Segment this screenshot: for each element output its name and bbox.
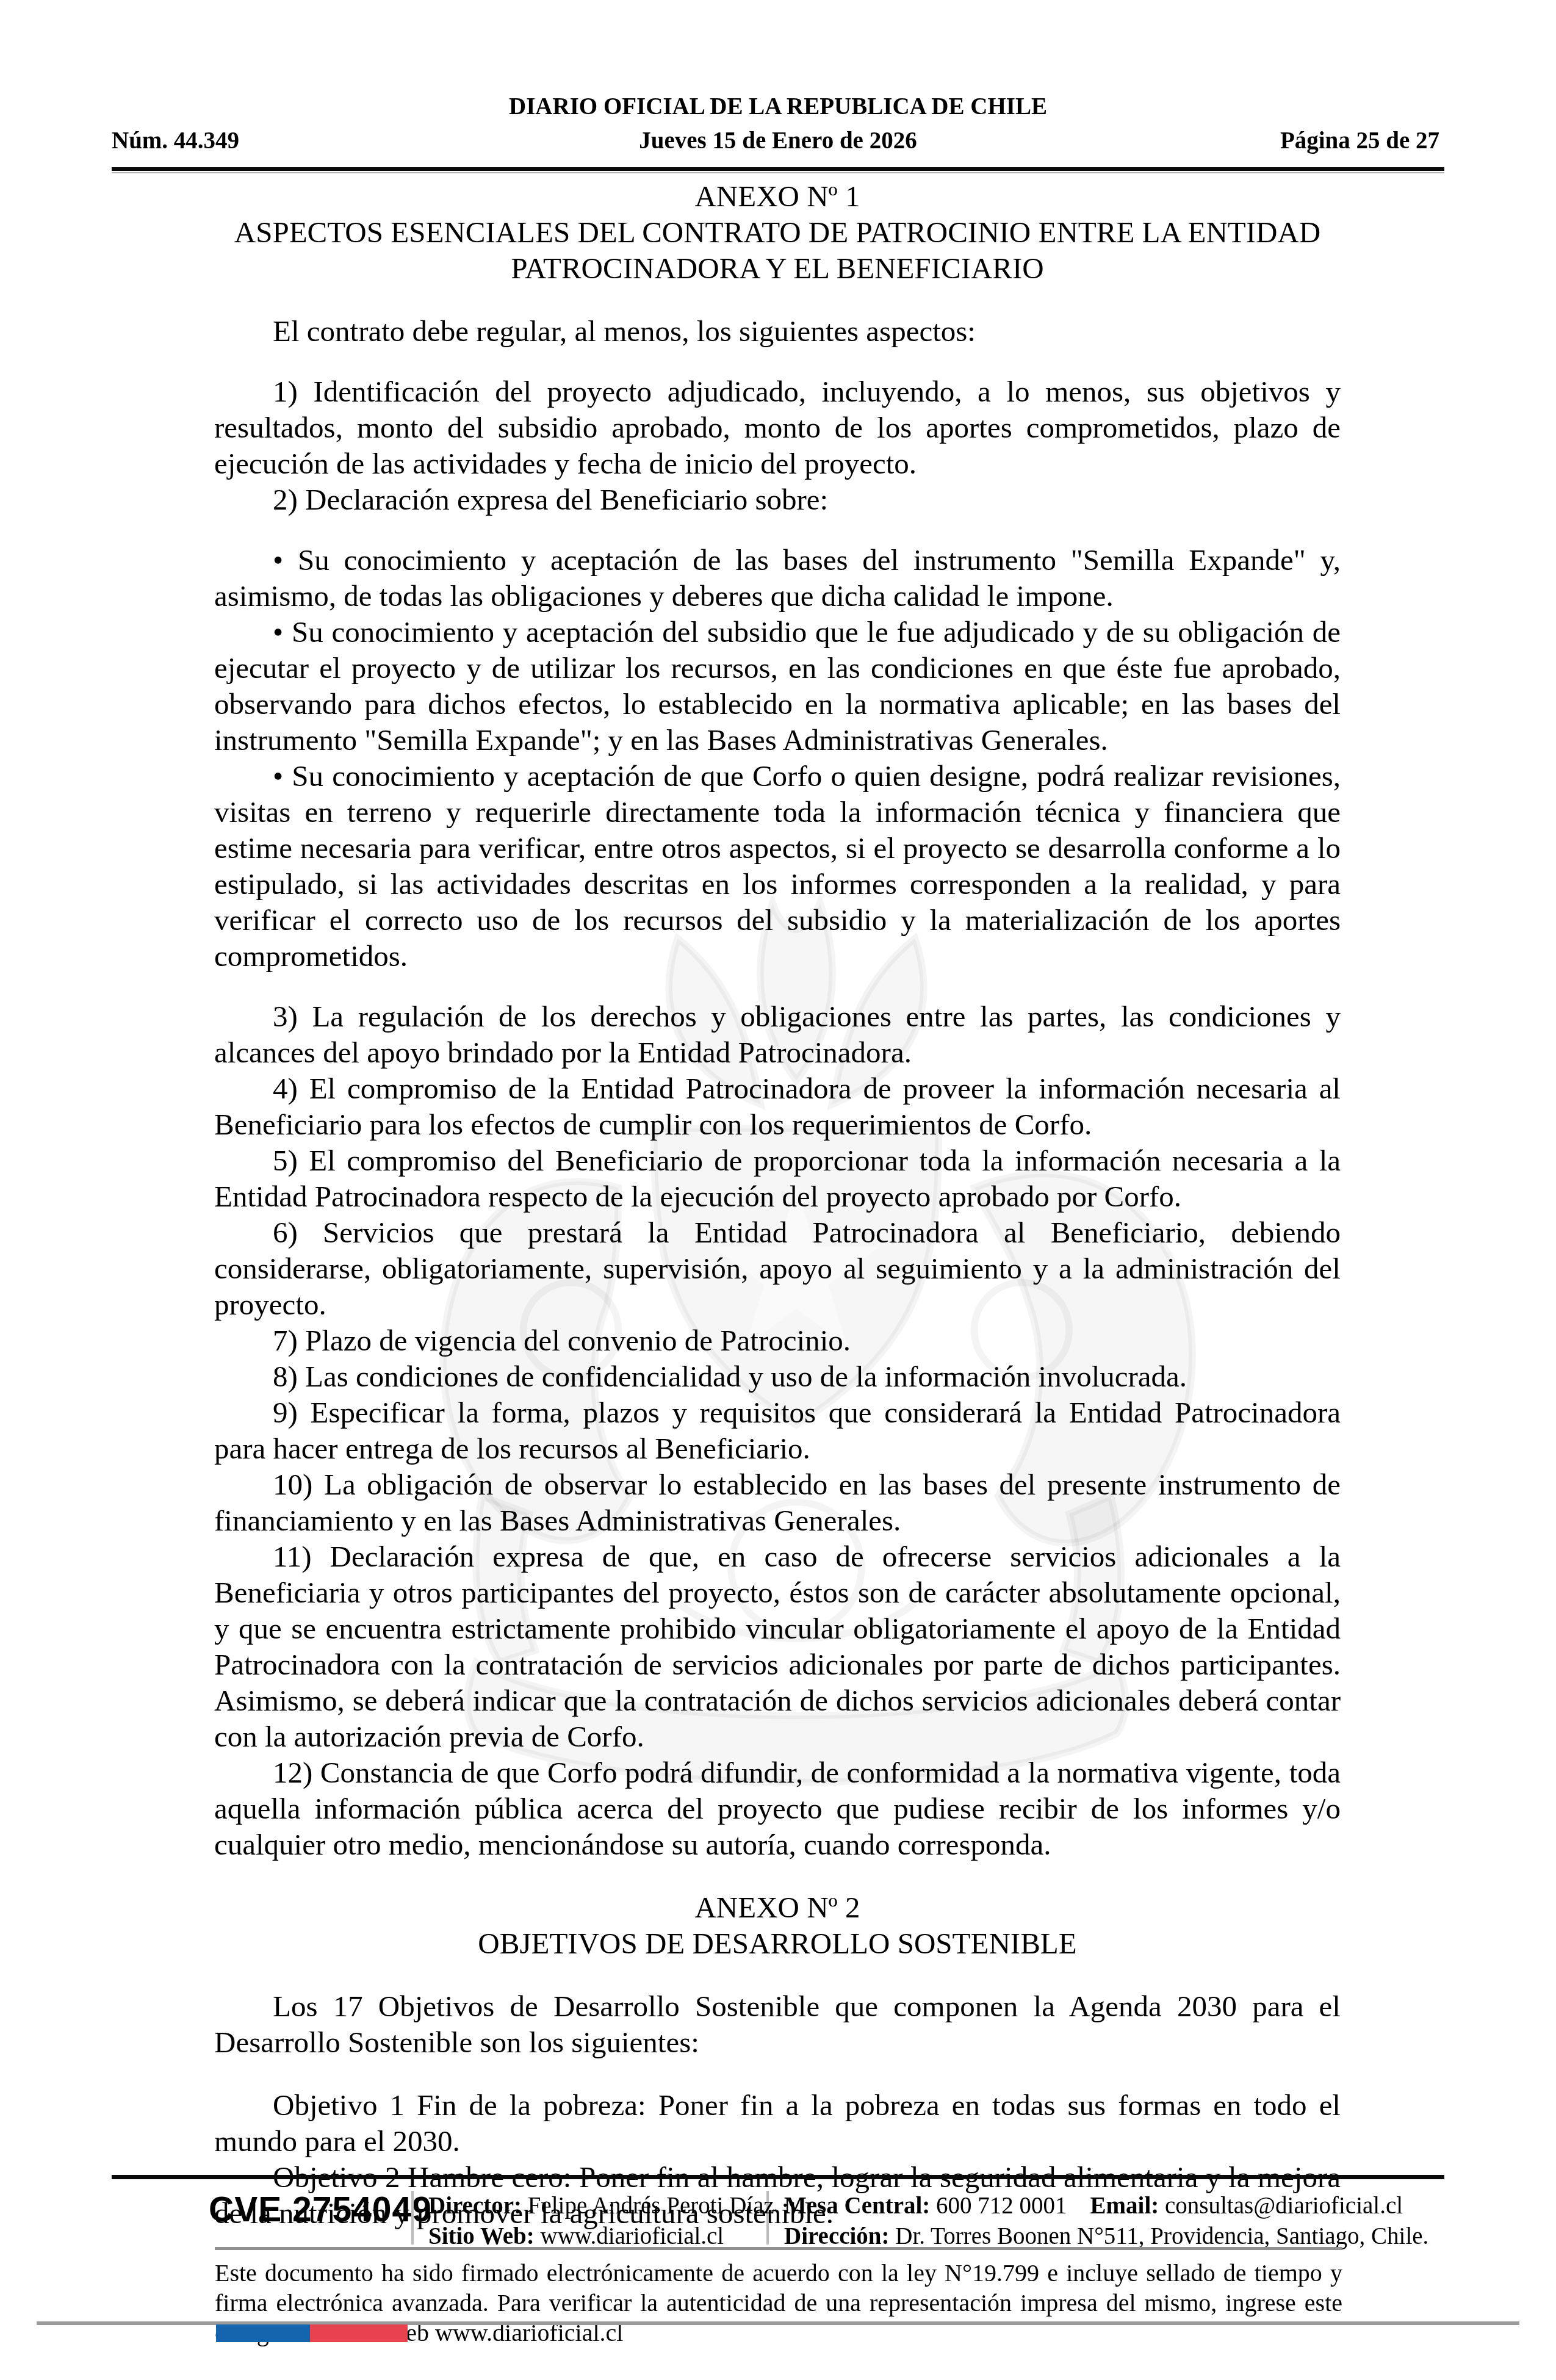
annex1-item-1: 1) Identificación del proyecto adjudicad… bbox=[214, 373, 1341, 481]
mesa-email-row: Mesa Central: 600 712 0001Email: consult… bbox=[784, 2191, 1428, 2221]
document-page: DIARIO OFICIAL DE LA REPUBLICA DE CHILE … bbox=[0, 0, 1556, 2380]
annex1-item-8: 8) Las condiciones de confidencialidad y… bbox=[214, 1358, 1341, 1394]
director-row: Director: Felipe Andrés Peroti Díaz bbox=[428, 2191, 774, 2221]
annex1-item-9: 9) Especificar la forma, plazos y requis… bbox=[214, 1394, 1341, 1466]
annex1-item-7: 7) Plazo de vigencia del convenio de Pat… bbox=[214, 1322, 1341, 1358]
header-rule-shadow bbox=[112, 172, 1444, 173]
annex1-item-6: 6) Servicios que prestará la Entidad Pat… bbox=[214, 1214, 1341, 1322]
annex1-item-3: 3) La regulación de los derechos y oblig… bbox=[214, 998, 1341, 1070]
email-label: Email: bbox=[1090, 2193, 1159, 2219]
page-indicator: Página 25 de 27 bbox=[1280, 127, 1439, 155]
footer-rule bbox=[112, 2175, 1444, 2179]
annex1-item-5: 5) El compromiso del Beneficiario de pro… bbox=[214, 1142, 1341, 1214]
annex2-subtitle: OBJETIVOS DE DESARROLLO SOSTENIBLE bbox=[214, 1925, 1341, 1961]
mesa-central-value: 600 712 0001 bbox=[936, 2193, 1067, 2219]
newspaper-masthead: DIARIO OFICIAL DE LA REPUBLICA DE CHILE bbox=[0, 93, 1556, 121]
direccion-label: Dirección: bbox=[784, 2223, 890, 2249]
sitio-web-value: www.diarioficial.cl bbox=[540, 2223, 724, 2249]
annex1-title: ANEXO Nº 1 bbox=[214, 178, 1341, 214]
footer-divider-1 bbox=[411, 2191, 414, 2245]
annex1-item-11: 11) Declaración expresa de que, en caso … bbox=[214, 1538, 1341, 1754]
annex1-item-2: 2) Declaración expresa del Beneficiario … bbox=[214, 481, 1341, 517]
annex2-objective-1: Objetivo 1 Fin de la pobreza: Poner fin … bbox=[214, 2087, 1341, 2159]
annex2-title: ANEXO Nº 2 bbox=[214, 1889, 1341, 1925]
annex1-bullet-2: • Su conocimiento y aceptación del subsi… bbox=[214, 614, 1341, 758]
annex2-intro: Los 17 Objetivos de Desarrollo Sostenibl… bbox=[214, 1988, 1341, 2060]
flag-red-segment bbox=[310, 2324, 408, 2342]
annex1-subtitle: ASPECTOS ESENCIALES DEL CONTRATO DE PATR… bbox=[231, 214, 1324, 286]
header-row: Núm. 44.349 Jueves 15 de Enero de 2026 P… bbox=[112, 127, 1444, 156]
header-rule bbox=[112, 167, 1444, 171]
document-body: ANEXO Nº 1 ASPECTOS ESENCIALES DEL CONTR… bbox=[214, 178, 1341, 2231]
annex1-intro: El contrato debe regular, al menos, los … bbox=[214, 313, 1341, 349]
mesa-central-label: Mesa Central: bbox=[784, 2193, 930, 2219]
direccion-value: Dr. Torres Boonen N°511, Providencia, Sa… bbox=[895, 2223, 1428, 2249]
footer-column-contact: Mesa Central: 600 712 0001Email: consult… bbox=[784, 2191, 1428, 2252]
sitio-web-label: Sitio Web: bbox=[428, 2223, 535, 2249]
footer-separator bbox=[215, 2247, 1342, 2250]
director-label: Director: bbox=[428, 2193, 522, 2219]
cve-code: CVE 2754049 bbox=[209, 2190, 432, 2230]
chile-flag-bar bbox=[216, 2324, 408, 2342]
annex1-bullet-3: • Su conocimiento y aceptación de que Co… bbox=[214, 758, 1341, 974]
annex1-item-12: 12) Constancia de que Corfo podrá difund… bbox=[214, 1754, 1341, 1863]
footer-column-director: Director: Felipe Andrés Peroti Díaz Siti… bbox=[428, 2191, 774, 2252]
director-value: Felipe Andrés Peroti Díaz bbox=[528, 2193, 774, 2219]
flag-blue-segment bbox=[216, 2324, 310, 2342]
annex1-bullet-1: • Su conocimiento y aceptación de las ba… bbox=[214, 542, 1341, 614]
annex1-item-4: 4) El compromiso de la Entidad Patrocina… bbox=[214, 1070, 1341, 1142]
issue-date: Jueves 15 de Enero de 2026 bbox=[112, 127, 1444, 155]
email-value: consultas@diarioficial.cl bbox=[1165, 2193, 1403, 2219]
annex1-item-10: 10) La obligación de observar lo estable… bbox=[214, 1466, 1341, 1538]
